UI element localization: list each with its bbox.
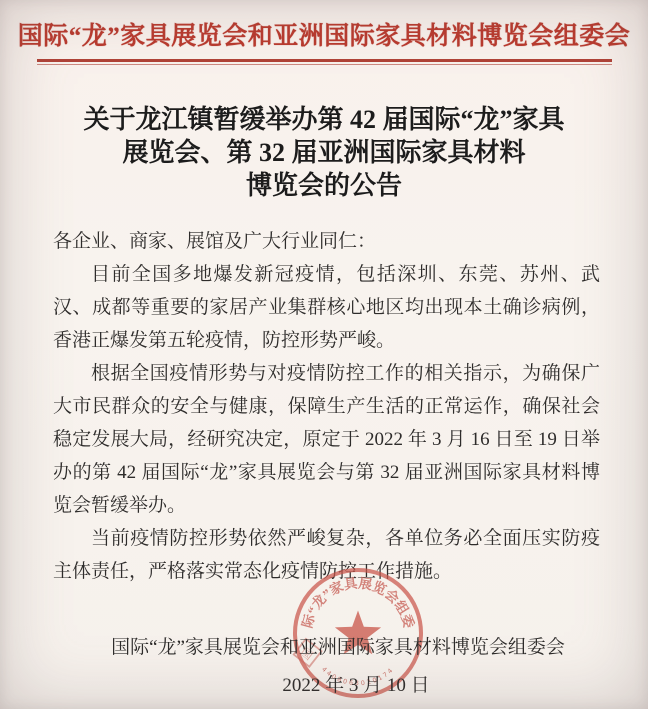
announcement-document: 国际“龙”家具展览会和亚洲国际家具材料博览会组委会 关于龙江镇暂缓举办第 42 … (0, 0, 648, 709)
letterhead-org-name: 国际“龙”家具展览会和亚洲国际家具材料博览会组委会 (0, 0, 648, 52)
title-line-2: 展览会、第 32 届亚洲国际家具材料 (0, 136, 648, 169)
signature-org: 国际“龙”家具展览会和亚洲国际家具材料博览会组委会 (14, 632, 648, 659)
document-title: 关于龙江镇暂缓举办第 42 届国际“龙”家具 展览会、第 32 届亚洲国际家具材… (0, 103, 648, 202)
title-line-3: 博览会的公告 (0, 169, 648, 202)
salutation: 各企业、商家、展馆及广大行业同仁： (53, 225, 600, 258)
paragraph-2: 根据全国疫情形势与对疫情防控工作的相关指示，为确保广大市民群众的安全与健康，保障… (53, 357, 600, 522)
title-line-1: 关于龙江镇暂缓举办第 42 届国际“龙”家具 (0, 103, 648, 136)
signature-date: 2022 年 3 月 10 日 (32, 670, 648, 697)
paragraph-1: 目前全国多地爆发新冠疫情，包括深圳、东莞、苏州、武汉、成都等重要的家居产业集群核… (53, 258, 600, 357)
document-body: 各企业、商家、展馆及广大行业同仁： 目前全国多地爆发新冠疫情，包括深圳、东莞、苏… (53, 225, 600, 588)
letterhead-rule (37, 59, 612, 65)
signature-block: 国际“龙”家具展览会和亚洲国际家具材料博览会组委会 2022 年 3 月 10 … (0, 632, 648, 697)
